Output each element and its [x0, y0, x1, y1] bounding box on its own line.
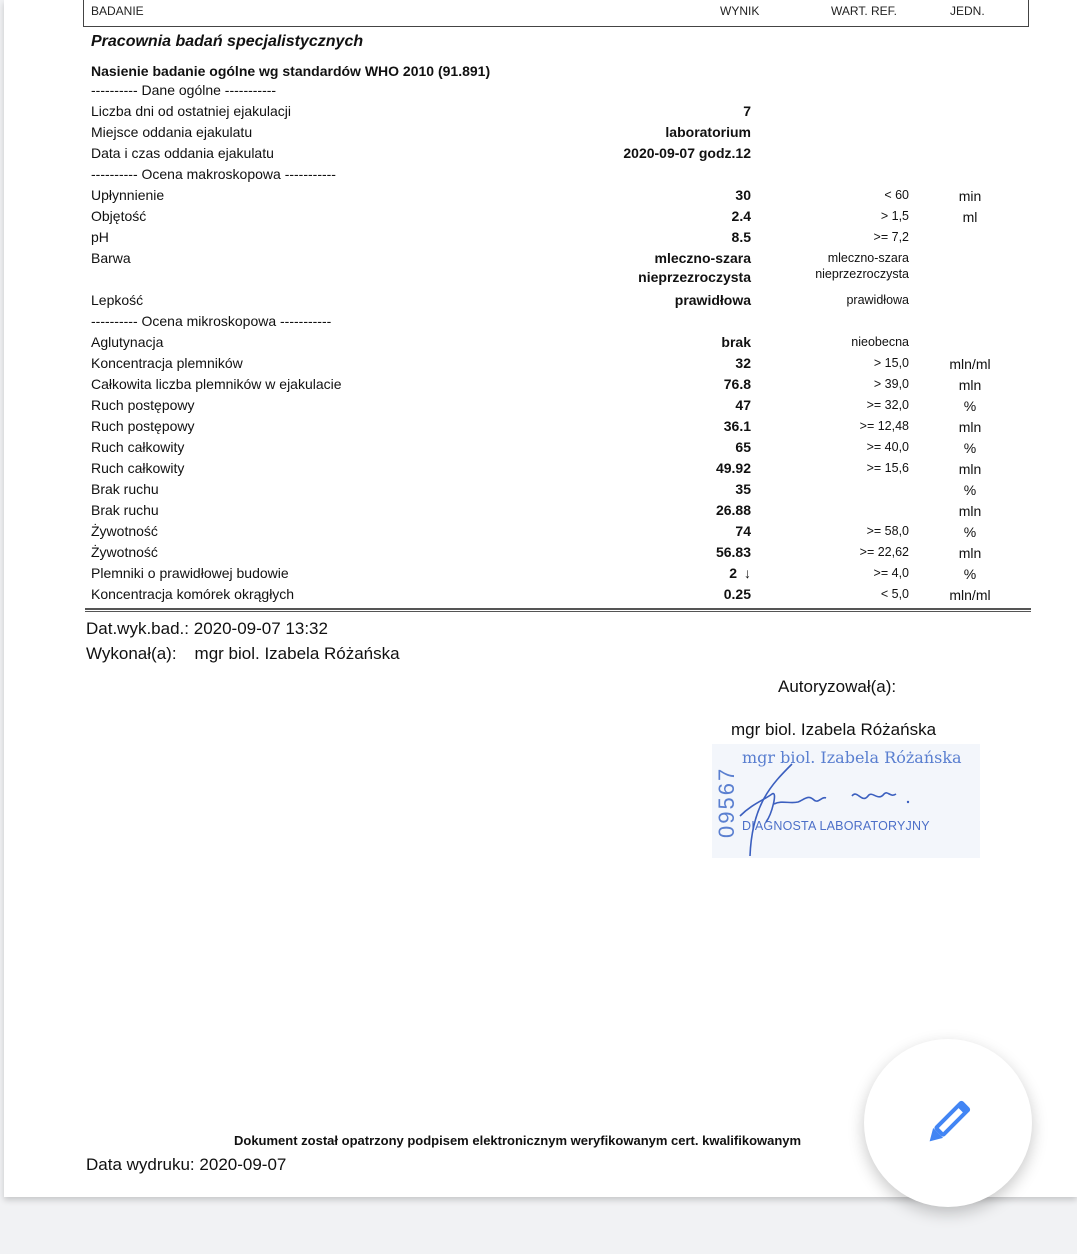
table-row: Ruch całkowity65>= 40,0%: [0, 437, 1077, 458]
test-result: 32: [735, 355, 751, 371]
test-title: Nasienie badanie ogólne wg standardów WH…: [91, 63, 490, 79]
table-end-divider: [85, 608, 1031, 612]
test-result: 26.88: [716, 502, 751, 518]
print-date: Data wydruku: 2020-09-07: [86, 1155, 286, 1175]
header-reference: WART. REF.: [831, 4, 897, 18]
test-result: 2020-09-07 godz.12: [623, 145, 751, 161]
table-row: Ruch postępowy36.1>= 12,48mln: [0, 416, 1077, 437]
test-name: Brak ruchu: [91, 502, 159, 518]
performed-by-value: mgr biol. Izabela Różańska: [195, 644, 400, 663]
test-result: 2.4: [732, 208, 751, 224]
reference-range: < 60: [884, 188, 909, 202]
pencil-icon: [918, 1093, 978, 1153]
print-date-label: Data wydruku:: [86, 1155, 195, 1174]
test-result: brak: [721, 334, 751, 350]
table-row: Barwamleczno-szaramleczno-szaranieprzezr…: [0, 248, 1077, 269]
test-result: 30: [735, 187, 751, 203]
exam-date-value: 2020-09-07 13:32: [194, 619, 328, 638]
reference-range: >= 58,0: [867, 524, 909, 538]
reference-range: >= 12,48: [860, 419, 909, 433]
table-row: Żywotność56.83>= 22,62mln: [0, 542, 1077, 563]
test-result: 76.8: [724, 376, 751, 392]
table-row: Koncentracja plemników32> 15,0mln/ml: [0, 353, 1077, 374]
unit: %: [925, 482, 1015, 498]
test-name: Liczba dni od ostatniej ejakulacji: [91, 103, 291, 119]
test-name: Ruch postępowy: [91, 418, 195, 434]
test-name: Brak ruchu: [91, 481, 159, 497]
test-name: Aglutynacja: [91, 334, 163, 350]
unit: ml: [925, 209, 1015, 225]
table-row: Lepkośćprawidłowaprawidłowa: [0, 290, 1077, 311]
test-name: ---------- Ocena makroskopowa ----------…: [91, 166, 336, 182]
test-name: Koncentracja plemników: [91, 355, 243, 371]
authorized-label: Autoryzował(a):: [778, 677, 896, 697]
test-name: ---------- Ocena mikroskopowa ----------…: [91, 313, 331, 329]
test-name: Ruch całkowity: [91, 460, 184, 476]
table-row: Żywotność74>= 58,0%: [0, 521, 1077, 542]
test-result: mleczno-szara: [655, 250, 751, 266]
test-name: Objętość: [91, 208, 146, 224]
print-date-value: 2020-09-07: [199, 1155, 286, 1174]
reference-range: > 1,5: [881, 209, 909, 223]
test-name: Ruch postępowy: [91, 397, 195, 413]
table-row: Plemniki o prawidłowej budowie2↓>= 4,0%: [0, 563, 1077, 584]
table-row: Data i czas oddania ejakulatu2020-09-07 …: [0, 143, 1077, 164]
unit: mln/ml: [925, 587, 1015, 603]
reference-range: >= 15,6: [867, 461, 909, 475]
table-row: Koncentracja komórek okrągłych0.25< 5,0m…: [0, 584, 1077, 605]
test-name: Data i czas oddania ejakulatu: [91, 145, 274, 161]
table-row: Liczba dni od ostatniej ejakulacji7: [0, 101, 1077, 122]
table-row: ---------- Dane ogólne -----------: [0, 80, 1077, 101]
test-name: Żywotność: [91, 544, 158, 560]
test-result: 47: [735, 397, 751, 413]
section-title: Pracownia badań specjalistycznych: [91, 33, 363, 51]
table-row: Objętość2.4> 1,5ml: [0, 206, 1077, 227]
test-result: 2: [729, 565, 737, 581]
test-result: laboratorium: [665, 124, 751, 140]
unit: mln: [925, 461, 1015, 477]
unit: %: [925, 398, 1015, 414]
test-name: Plemniki o prawidłowej budowie: [91, 565, 289, 581]
table-row: ---------- Ocena makroskopowa ----------…: [0, 164, 1077, 185]
performed-by-label: Wykonał(a):: [86, 644, 177, 663]
test-name: Żywotność: [91, 523, 158, 539]
unit: %: [925, 440, 1015, 456]
header-unit: JEDN.: [950, 4, 985, 18]
test-name: ---------- Dane ogólne -----------: [91, 82, 276, 98]
unit: %: [925, 566, 1015, 582]
test-name: Miejsce oddania ejakulatu: [91, 124, 252, 140]
reference-range: >= 22,62: [860, 545, 909, 559]
unit: mln: [925, 545, 1015, 561]
test-name: Całkowita liczba plemników w ejakulacie: [91, 376, 342, 392]
reference-range: prawidłowa: [846, 293, 909, 307]
reference-range: >= 7,2: [874, 230, 909, 244]
handwritten-signature-icon: [712, 744, 980, 858]
reference-range: nieobecna: [851, 335, 909, 349]
test-name: Upłynnienie: [91, 187, 164, 203]
table-row: Miejsce oddania ejakulatulaboratorium: [0, 122, 1077, 143]
test-result: 74: [735, 523, 751, 539]
unit: min: [925, 188, 1015, 204]
exam-date-label: Dat.wyk.bad.:: [86, 619, 189, 638]
exam-date: Dat.wyk.bad.: 2020-09-07 13:32: [86, 619, 328, 639]
test-name: Lepkość: [91, 292, 143, 308]
reference-range: > 39,0: [874, 377, 909, 391]
test-result: 56.83: [716, 544, 751, 560]
table-row: Aglutynacjabraknieobecna: [0, 332, 1077, 353]
test-result-line2: nieprzezroczysta: [638, 269, 751, 285]
table-row: pH8.5>= 7,2: [0, 227, 1077, 248]
reference-range: mleczno-szara: [828, 251, 909, 265]
header-test: BADANIE: [91, 4, 144, 18]
test-name: pH: [91, 229, 109, 245]
reference-range: >= 40,0: [867, 440, 909, 454]
test-result: 35: [735, 481, 751, 497]
test-result: 65: [735, 439, 751, 455]
certificate-note: Dokument został opatrzony podpisem elekt…: [234, 1133, 874, 1148]
table-row: Ruch całkowity49.92>= 15,6mln: [0, 458, 1077, 479]
reference-range-line2: nieprzezroczysta: [815, 267, 909, 281]
table-row: Upłynnienie30< 60min: [0, 185, 1077, 206]
authorized-by: mgr biol. Izabela Różańska: [731, 720, 936, 740]
test-name: Barwa: [91, 250, 131, 266]
table-row: Całkowita liczba plemników w ejakulacie7…: [0, 374, 1077, 395]
test-name: Koncentracja komórek okrągłych: [91, 586, 294, 602]
reference-range: < 5,0: [881, 587, 909, 601]
header-result: WYNIK: [720, 4, 759, 18]
unit: mln/ml: [925, 356, 1015, 372]
test-result: 8.5: [732, 229, 751, 245]
reference-range: >= 32,0: [867, 398, 909, 412]
table-row: Ruch postępowy47>= 32,0%: [0, 395, 1077, 416]
test-result: 0.25: [724, 586, 751, 602]
reference-range: > 15,0: [874, 356, 909, 370]
table-row: Brak ruchu26.88mln: [0, 500, 1077, 521]
reference-range: >= 4,0: [874, 566, 909, 580]
signature-stamp: 09567 mgr biol. Izabela Różańska DIAGNOS…: [712, 744, 980, 858]
unit: %: [925, 524, 1015, 540]
test-result: 49.92: [716, 460, 751, 476]
edit-fab-button[interactable]: [864, 1039, 1032, 1207]
unit: mln: [925, 503, 1015, 519]
unit: mln: [925, 419, 1015, 435]
test-result: prawidłowa: [675, 292, 751, 308]
test-result: 7: [743, 103, 751, 119]
unit: mln: [925, 377, 1015, 393]
table-header: BADANIE WYNIK WART. REF. JEDN.: [83, 0, 1029, 27]
table-row: Brak ruchu35%: [0, 479, 1077, 500]
low-flag-arrow-icon: ↓: [744, 565, 751, 581]
test-name: Ruch całkowity: [91, 439, 184, 455]
test-result: 36.1: [724, 418, 751, 434]
table-row: ---------- Ocena mikroskopowa ----------…: [0, 311, 1077, 332]
performed-by: Wykonał(a):mgr biol. Izabela Różańska: [86, 644, 400, 664]
